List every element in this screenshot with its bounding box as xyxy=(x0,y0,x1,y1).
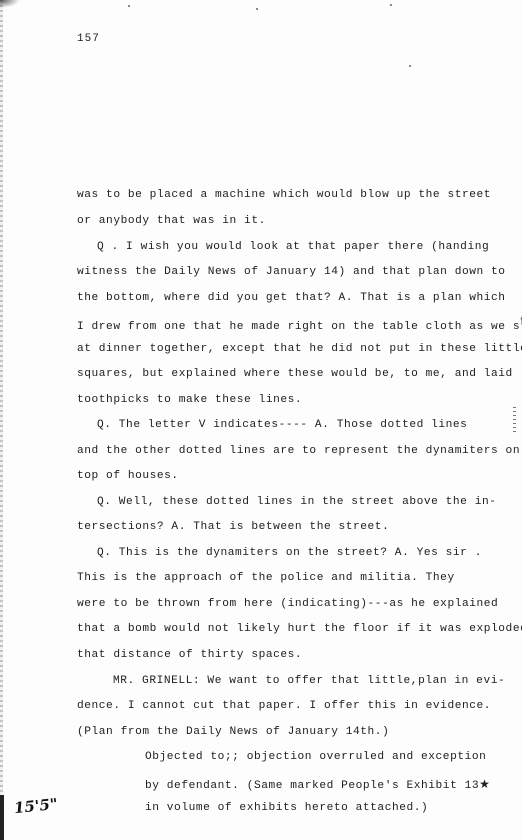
text-line: Q. Well, these dotted lines in the stree… xyxy=(97,496,497,508)
scan-speck xyxy=(390,4,392,6)
text-line: that distance of thirty spaces. xyxy=(77,649,302,661)
text-line: top of houses. xyxy=(77,470,179,482)
handwritten-mark: ★ xyxy=(479,777,490,791)
text-line: Q. This is the dynamiters on the street?… xyxy=(97,547,482,559)
text-line: that a bomb would not likely hurt the fl… xyxy=(77,623,522,635)
text-line: and the other dotted lines are to repres… xyxy=(77,445,520,457)
document-page: 157 was to be placed a machine which wou… xyxy=(0,0,522,840)
scan-speck xyxy=(256,8,258,10)
scan-edge xyxy=(0,0,3,840)
text-line: This is the approach of the police and m… xyxy=(77,572,455,584)
text-line: Objected to;; objection overruled and ex… xyxy=(145,751,486,763)
text-line: Q. The letter V indicates---- A. Those d… xyxy=(97,419,467,431)
handwritten-margin-note: 15'5" xyxy=(13,795,58,817)
scan-smudge xyxy=(0,0,20,8)
text-line: MR. GRINELL: We want to offer that littl… xyxy=(113,675,505,687)
text-line: toothpicks to make these lines. xyxy=(77,394,302,406)
scan-speck xyxy=(409,65,411,67)
scan-edge-marks xyxy=(513,407,516,432)
text-line: squares, but explained where these would… xyxy=(77,368,513,380)
text-line: in volume of exhibits hereto attached.) xyxy=(145,802,428,814)
text-line: (Plan from the Daily News of January 14t… xyxy=(77,726,389,738)
text-line: or anybody that was in it. xyxy=(77,215,266,227)
page-number: 157 xyxy=(77,33,100,45)
text-line: by defendant. (Same marked People's Exhi… xyxy=(145,777,490,792)
text-line: at dinner together, except that he did n… xyxy=(77,343,522,355)
text-line: dence. I cannot cut that paper. I offer … xyxy=(77,700,491,712)
scan-speck xyxy=(128,5,130,7)
text-line: tersections? A. That is between the stre… xyxy=(77,521,389,533)
scan-edge-dark xyxy=(0,795,4,840)
text-line: was to be placed a machine which would b… xyxy=(77,189,491,201)
text-line: the bottom, where did you get that? A. T… xyxy=(77,292,506,304)
text-line: I drew from one that he made right on th… xyxy=(77,317,522,333)
text-line: were to be thrown from here (indicating)… xyxy=(77,598,498,610)
text-line: Q . I wish you would look at that paper … xyxy=(97,241,489,253)
text-line: witness the Daily News of January 14) an… xyxy=(77,266,506,278)
